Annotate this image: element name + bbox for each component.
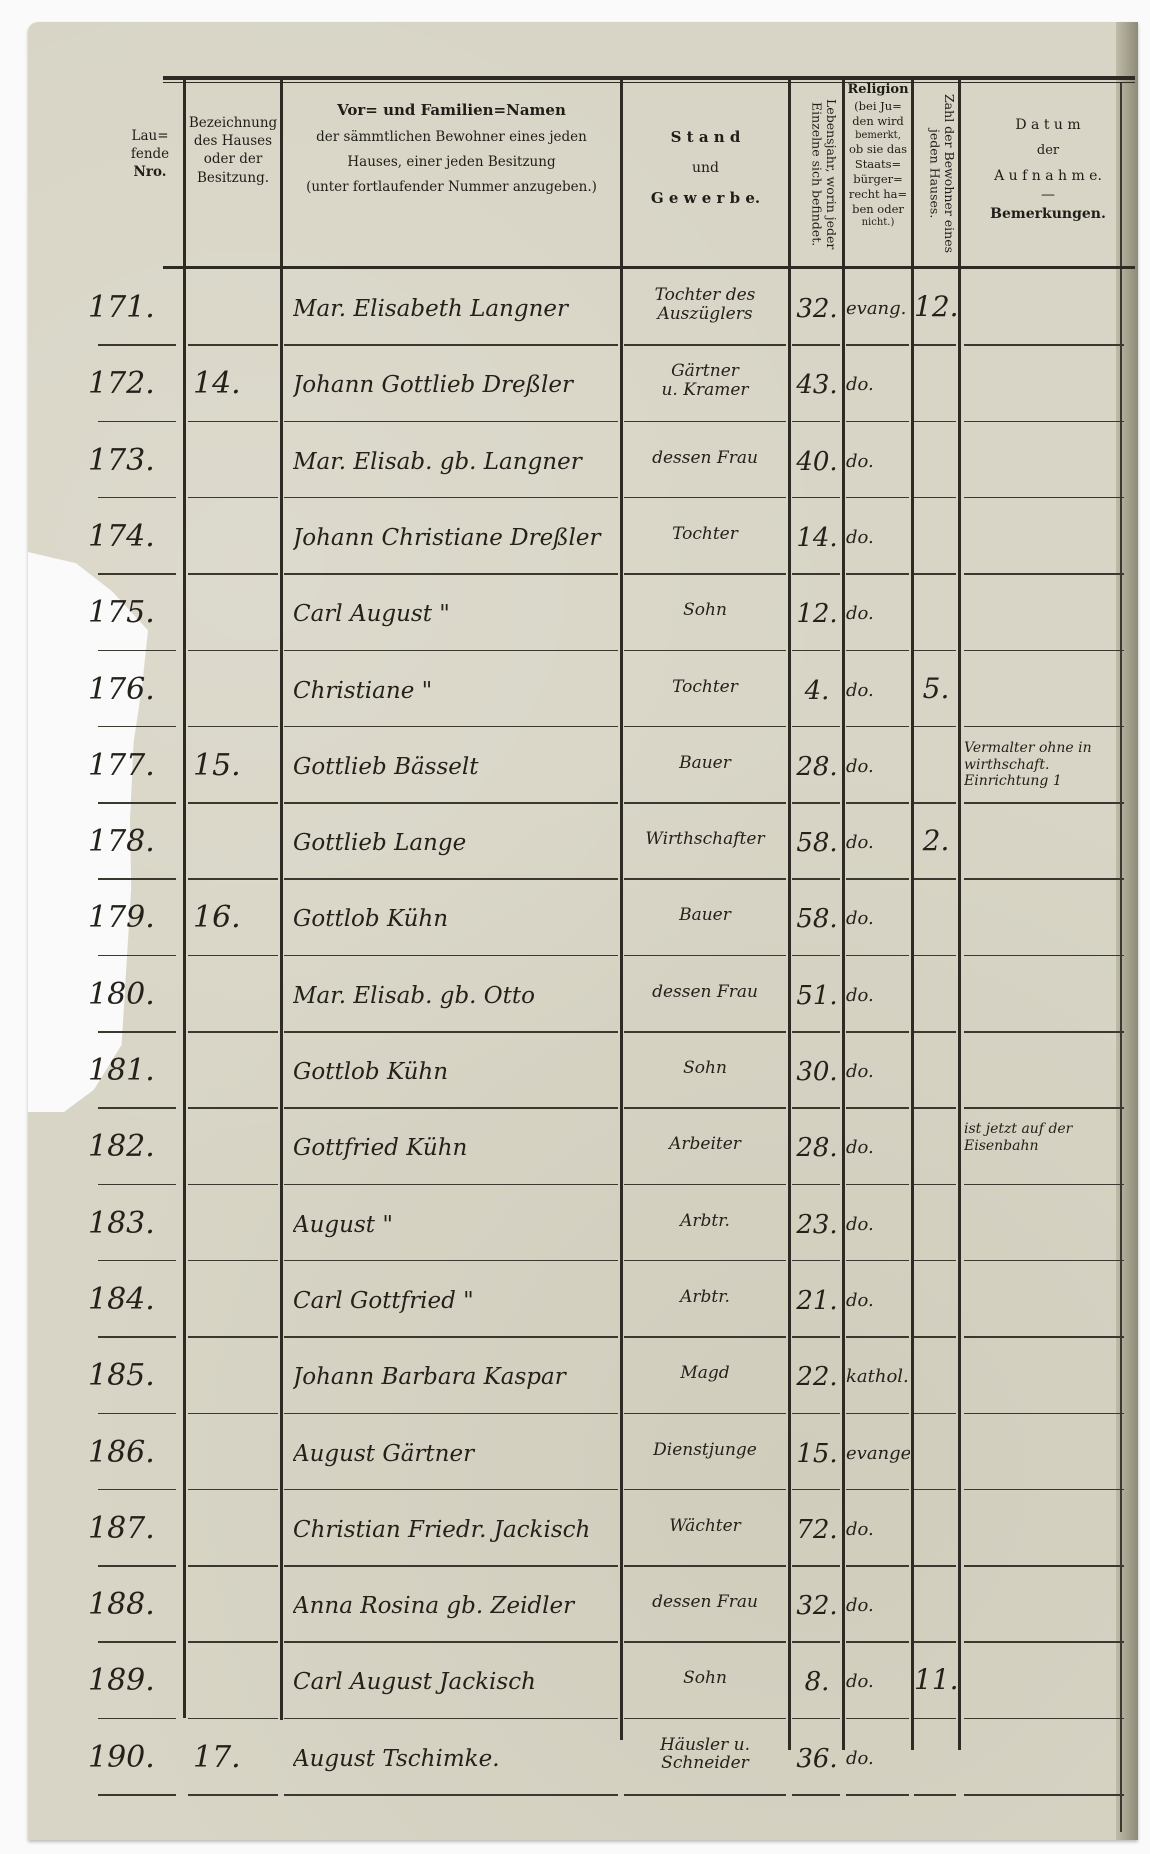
stand-gewerbe: Gärtneru. Kramer [624, 362, 786, 399]
col-divider-1 [183, 78, 186, 1718]
stand-gewerbe: Bauer [624, 906, 786, 925]
age: 58. [792, 904, 842, 934]
row-separator [284, 1184, 618, 1186]
stand-gewerbe: dessen Frau [624, 983, 786, 1002]
row-separator [624, 1413, 786, 1415]
row-separator [98, 878, 176, 880]
top-rule-thin [163, 82, 1135, 83]
row-separator [792, 1184, 840, 1186]
row-number: 186. [88, 1435, 178, 1470]
row-separator [792, 650, 840, 652]
row-separator [284, 497, 618, 499]
stand-line: Bauer [624, 906, 786, 925]
row-separator [188, 955, 278, 957]
age: 51. [792, 981, 842, 1011]
row-separator [964, 1413, 1124, 1415]
row-number: 171. [88, 290, 178, 325]
resident-name: Gottfried Kühn [293, 1135, 618, 1161]
row-separator [792, 1413, 840, 1415]
row-separator [98, 955, 176, 957]
age: 21. [792, 1286, 842, 1316]
stand-gewerbe: Häusler u.Schneider [624, 1736, 786, 1773]
row-separator [98, 1489, 176, 1491]
row-separator [284, 1794, 618, 1796]
stand-line: Tochter [624, 678, 786, 697]
row-separator [98, 1107, 176, 1109]
row-separator [792, 1565, 840, 1567]
age: 15. [792, 1439, 842, 1469]
row-separator [964, 1184, 1124, 1186]
row-separator [792, 1107, 840, 1109]
stand-gewerbe: Tochter desAuszüglers [624, 286, 786, 323]
row-separator [624, 573, 786, 575]
row-separator [914, 1794, 956, 1796]
row-separator [964, 1031, 1124, 1033]
row-separator [846, 1184, 909, 1186]
row-separator [792, 955, 840, 957]
row-separator [188, 650, 278, 652]
row-separator [846, 421, 909, 423]
row-separator [624, 421, 786, 423]
header-stand-gewerbe: S t a n d und G e w e r b e. [623, 122, 788, 214]
resident-name: Mar. Elisab. gb. Langner [293, 449, 618, 475]
row-separator [624, 1184, 786, 1186]
row-separator [914, 1641, 956, 1643]
row-separator [914, 573, 956, 575]
row-separator [914, 1107, 956, 1109]
row-separator [98, 1031, 176, 1033]
row-separator [188, 1565, 278, 1567]
stand-line: Sohn [624, 1669, 786, 1688]
row-number: 179. [88, 900, 178, 935]
stand-line: Sohn [624, 1059, 786, 1078]
header-namen: Vor= und Familien=Namen der sämmtlichen … [283, 97, 620, 200]
row-separator [846, 802, 909, 804]
religion: do. [846, 1748, 910, 1769]
stand-gewerbe: Arbeiter [624, 1135, 786, 1154]
resident-name: Christiane " [293, 678, 618, 704]
religion: do. [846, 680, 910, 701]
row-separator [98, 421, 176, 423]
row-separator [964, 1565, 1124, 1567]
row-separator [284, 1641, 618, 1643]
row-separator [792, 497, 840, 499]
row-separator [914, 1260, 956, 1262]
header-religion: Religion (bei Ju=den wirdbemerkt, ob sie… [844, 82, 912, 229]
row-separator [284, 344, 618, 346]
header-rule [163, 266, 1135, 269]
row-separator [188, 802, 278, 804]
age: 32. [792, 294, 842, 324]
house-number: 16. [193, 900, 278, 935]
row-separator [98, 344, 176, 346]
row-separator [846, 1336, 909, 1338]
col-divider-6 [911, 80, 914, 1750]
religion: do. [846, 908, 910, 929]
row-separator [792, 1489, 840, 1491]
resident-name: Johann Barbara Kaspar [293, 1364, 618, 1390]
age: 4. [792, 676, 842, 706]
row-separator [284, 1107, 618, 1109]
row-separator [964, 650, 1124, 652]
row-separator [846, 878, 909, 880]
row-separator [846, 726, 909, 728]
row-separator [284, 878, 618, 880]
religion: do. [846, 1061, 910, 1082]
row-separator [624, 497, 786, 499]
row-number: 185. [88, 1358, 178, 1393]
row-separator [846, 1489, 909, 1491]
row-separator [188, 1641, 278, 1643]
house-number: 14. [193, 366, 278, 401]
row-separator [624, 344, 786, 346]
row-separator [914, 1565, 956, 1567]
stand-gewerbe: Tochter [624, 678, 786, 697]
resident-name: Carl Gottfried " [293, 1288, 618, 1314]
resident-name: August Gärtner [293, 1441, 618, 1467]
row-separator [284, 1413, 618, 1415]
stand-line: Arbeiter [624, 1135, 786, 1154]
resident-name: Christian Friedr. Jackisch [293, 1517, 618, 1543]
row-separator [964, 1489, 1124, 1491]
stand-line: Auszüglers [624, 305, 786, 324]
row-separator [188, 878, 278, 880]
stand-gewerbe: Arbtr. [624, 1288, 786, 1307]
religion: do. [846, 374, 910, 395]
row-separator [792, 726, 840, 728]
row-separator [624, 726, 786, 728]
age: 32. [792, 1591, 842, 1621]
age: 30. [792, 1057, 842, 1087]
stand-line: Sohn [624, 601, 786, 620]
row-separator [98, 1413, 176, 1415]
religion: do. [846, 1290, 910, 1311]
remarks: Vermalter ohne in wirthschaft. Einrichtu… [964, 740, 1114, 790]
row-separator [914, 955, 956, 957]
row-separator [284, 1336, 618, 1338]
row-separator [284, 421, 618, 423]
stand-line: Arbtr. [624, 1288, 786, 1307]
age: 12. [792, 599, 842, 629]
row-separator [964, 421, 1124, 423]
row-separator [914, 1336, 956, 1338]
row-separator [284, 1565, 618, 1567]
row-separator [846, 1107, 909, 1109]
row-separator [914, 344, 956, 346]
stand-gewerbe: Dienstjunge [624, 1441, 786, 1460]
religion: evangel. [846, 1443, 910, 1464]
row-separator [846, 1413, 909, 1415]
age: 72. [792, 1515, 842, 1545]
religion: do. [846, 832, 910, 853]
row-separator [624, 802, 786, 804]
row-separator [98, 1565, 176, 1567]
stand-line: u. Kramer [624, 381, 786, 400]
household-count: 2. [914, 824, 958, 857]
row-number: 182. [88, 1129, 178, 1164]
row-separator [846, 1260, 909, 1262]
row-separator [98, 1794, 176, 1796]
stand-line: Bauer [624, 754, 786, 773]
household-count: 12. [914, 290, 958, 323]
stand-line: dessen Frau [624, 1593, 786, 1612]
row-separator [792, 1641, 840, 1643]
stand-line: Wirthschafter [624, 830, 786, 849]
row-separator [964, 1718, 1124, 1720]
religion: do. [846, 1137, 910, 1158]
stand-gewerbe: Arbtr. [624, 1212, 786, 1231]
religion: evang. ref. [846, 298, 910, 319]
religion: do. [846, 1519, 910, 1540]
resident-name: Gottlob Kühn [293, 906, 618, 932]
row-separator [914, 421, 956, 423]
row-separator [792, 1031, 840, 1033]
row-number: 183. [88, 1206, 178, 1241]
col-divider-5 [842, 80, 845, 1750]
religion: do. [846, 1671, 910, 1692]
row-separator [188, 726, 278, 728]
row-separator [188, 1260, 278, 1262]
row-number: 178. [88, 824, 178, 859]
household-count: 11. [914, 1663, 958, 1696]
row-number: 187. [88, 1511, 178, 1546]
house-number: 15. [193, 748, 278, 783]
row-separator [846, 344, 909, 346]
row-separator [284, 955, 618, 957]
stand-line: Tochter [624, 525, 786, 544]
row-separator [964, 802, 1124, 804]
row-number: 177. [88, 748, 178, 783]
age: 40. [792, 447, 842, 477]
age: 23. [792, 1210, 842, 1240]
row-separator [964, 955, 1124, 957]
row-separator [914, 1184, 956, 1186]
row-separator [284, 802, 618, 804]
row-number: 190. [88, 1740, 178, 1775]
row-separator [964, 1260, 1124, 1262]
row-number: 175. [88, 595, 178, 630]
row-separator [964, 1641, 1124, 1643]
row-separator [846, 1794, 909, 1796]
row-separator [624, 1260, 786, 1262]
stand-line: Arbtr. [624, 1212, 786, 1231]
col-divider-7 [958, 80, 961, 1750]
stand-line: Wächter [624, 1517, 786, 1536]
row-separator [188, 421, 278, 423]
resident-name: Johann Christiane Dreßler [293, 525, 618, 551]
top-rule [163, 76, 1135, 80]
row-separator [914, 802, 956, 804]
row-separator [792, 344, 840, 346]
row-separator [914, 1718, 956, 1720]
row-separator [98, 1641, 176, 1643]
stand-gewerbe: Sohn [624, 601, 786, 620]
stand-gewerbe: Bauer [624, 754, 786, 773]
row-separator [284, 1031, 618, 1033]
age: 14. [792, 523, 842, 553]
row-separator [964, 1107, 1124, 1109]
resident-name: August " [293, 1212, 618, 1238]
religion: do. [846, 1595, 910, 1616]
row-separator [98, 573, 176, 575]
row-separator [624, 650, 786, 652]
row-separator [188, 1489, 278, 1491]
row-separator [624, 1565, 786, 1567]
resident-name: Anna Rosina gb. Zeidler [293, 1593, 618, 1619]
row-separator [846, 1031, 909, 1033]
row-separator [188, 1718, 278, 1720]
resident-name: Carl August " [293, 601, 618, 627]
header-zahl-bewohner: Zahl der Bewohner eines jeden Hauses. [916, 86, 956, 262]
row-separator [284, 726, 618, 728]
age: 58. [792, 828, 842, 858]
row-separator [284, 573, 618, 575]
row-separator [624, 955, 786, 957]
row-number: 176. [88, 672, 178, 707]
resident-name: Gottlieb Lange [293, 830, 618, 856]
row-number: 184. [88, 1282, 178, 1317]
row-separator [188, 497, 278, 499]
row-separator [914, 1413, 956, 1415]
row-separator [624, 1794, 786, 1796]
row-separator [914, 726, 956, 728]
stand-line: Magd [624, 1364, 786, 1383]
row-separator [98, 1184, 176, 1186]
row-separator [846, 497, 909, 499]
row-separator [792, 1336, 840, 1338]
col-divider-4 [788, 80, 791, 1750]
row-separator [188, 1336, 278, 1338]
row-number: 181. [88, 1053, 178, 1088]
stand-gewerbe: dessen Frau [624, 1593, 786, 1612]
row-separator [792, 1260, 840, 1262]
row-separator [914, 878, 956, 880]
stand-gewerbe: Sohn [624, 1669, 786, 1688]
row-number: 174. [88, 519, 178, 554]
book-spine [1116, 22, 1138, 1840]
row-separator [964, 1336, 1124, 1338]
row-separator [846, 1641, 909, 1643]
row-separator [964, 573, 1124, 575]
row-number: 173. [88, 443, 178, 478]
row-number: 189. [88, 1663, 178, 1698]
stand-gewerbe: Magd [624, 1364, 786, 1383]
row-separator [624, 1107, 786, 1109]
row-separator [188, 1413, 278, 1415]
register-page: Lau=fendeNro. Bezeichnungdes Hausesoder … [28, 22, 1138, 1840]
religion: do. [846, 451, 910, 472]
row-separator [964, 1794, 1124, 1796]
row-separator [964, 344, 1124, 346]
header-lebensjahr: Lebensjahr, worin jeder Einzelne sich be… [798, 86, 838, 262]
resident-name: Gottlob Kühn [293, 1059, 618, 1085]
house-number: 17. [193, 1740, 278, 1775]
row-separator [846, 1565, 909, 1567]
header-bezeichnung: Bezeichnungdes Hausesoder derBesitzung. [186, 114, 280, 187]
col-divider-2 [280, 80, 283, 1720]
age: 22. [792, 1362, 842, 1392]
row-separator [188, 1184, 278, 1186]
row-separator [624, 1031, 786, 1033]
age: 36. [792, 1744, 842, 1774]
row-separator [188, 573, 278, 575]
row-separator [98, 1718, 176, 1720]
row-separator [914, 1489, 956, 1491]
row-separator [98, 802, 176, 804]
religion: do. [846, 756, 910, 777]
religion: do. [846, 1214, 910, 1235]
stand-line: Häusler u. [624, 1736, 786, 1755]
row-separator [188, 1031, 278, 1033]
stand-gewerbe: Sohn [624, 1059, 786, 1078]
row-separator [914, 497, 956, 499]
age: 43. [792, 370, 842, 400]
row-separator [284, 1260, 618, 1262]
row-separator [624, 878, 786, 880]
resident-name: Gottlieb Bässelt [293, 754, 618, 780]
row-separator [914, 1031, 956, 1033]
col-divider-3 [620, 80, 623, 1740]
row-separator [284, 1489, 618, 1491]
row-separator [792, 1718, 840, 1720]
row-separator [98, 497, 176, 499]
stand-gewerbe: Wirthschafter [624, 830, 786, 849]
header-datum-bemerkungen: D a t u mder A u f n a h m e.— Bemerkung… [963, 112, 1133, 228]
resident-name: Mar. Elisabeth Langner [293, 296, 618, 322]
row-separator [846, 650, 909, 652]
row-separator [188, 344, 278, 346]
row-separator [624, 1641, 786, 1643]
row-separator [98, 1260, 176, 1262]
row-separator [792, 1794, 840, 1796]
stand-gewerbe: dessen Frau [624, 449, 786, 468]
row-separator [914, 650, 956, 652]
row-separator [624, 1336, 786, 1338]
header-laufende-nro: Lau=fendeNro. [120, 127, 180, 182]
stand-line: dessen Frau [624, 983, 786, 1002]
resident-name: Carl August Jackisch [293, 1669, 618, 1695]
row-separator [792, 421, 840, 423]
religion: kathol. [846, 1366, 910, 1387]
row-separator [846, 955, 909, 957]
row-separator [964, 497, 1124, 499]
row-separator [624, 1718, 786, 1720]
stand-line: Tochter des [624, 286, 786, 305]
religion: do. [846, 603, 910, 624]
resident-name: August Tschimke. [293, 1746, 618, 1772]
row-separator [284, 650, 618, 652]
row-separator [792, 878, 840, 880]
age: 8. [792, 1667, 842, 1697]
row-separator [624, 1489, 786, 1491]
religion: do. [846, 527, 910, 548]
household-count: 5. [914, 672, 958, 705]
age: 28. [792, 1133, 842, 1163]
row-separator [98, 1336, 176, 1338]
row-separator [846, 573, 909, 575]
stand-line: dessen Frau [624, 449, 786, 468]
row-separator [964, 878, 1124, 880]
row-separator [792, 802, 840, 804]
age: 28. [792, 752, 842, 782]
row-number: 180. [88, 977, 178, 1012]
row-separator [792, 573, 840, 575]
row-separator [188, 1107, 278, 1109]
row-number: 188. [88, 1587, 178, 1622]
row-separator [846, 1718, 909, 1720]
row-separator [98, 726, 176, 728]
row-number: 172. [88, 366, 178, 401]
